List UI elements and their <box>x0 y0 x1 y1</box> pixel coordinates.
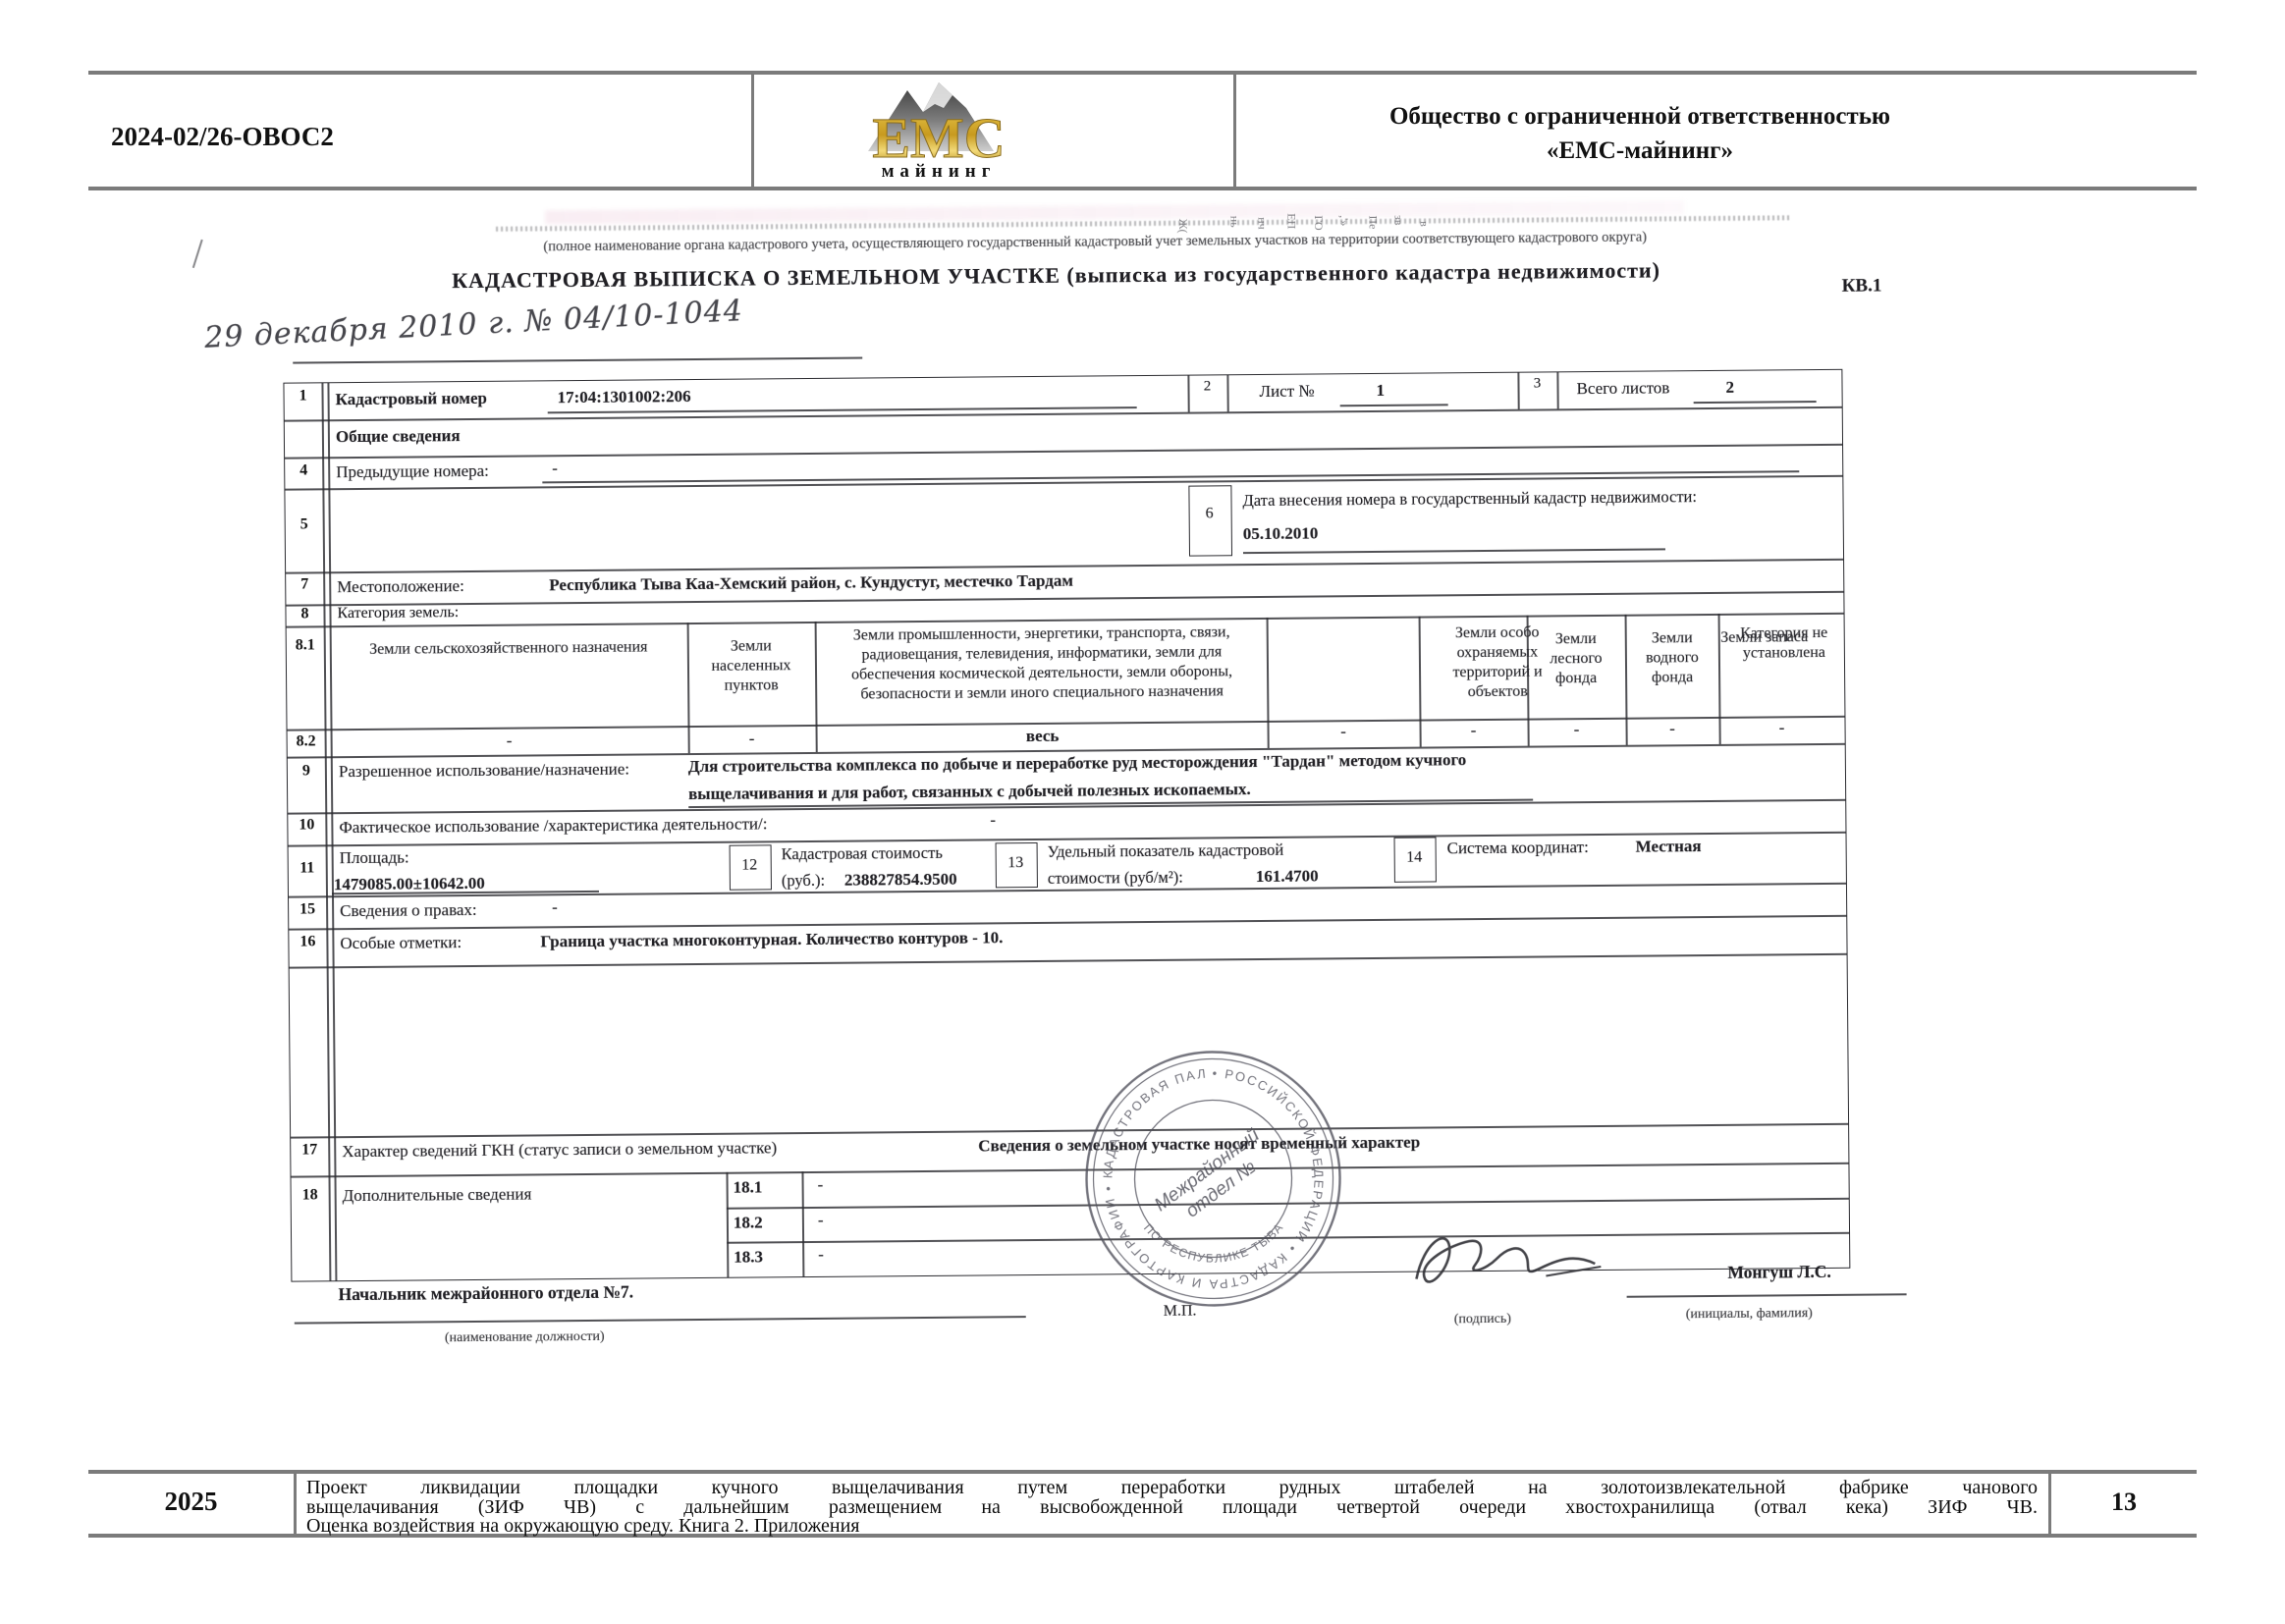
org-name-caption: (полное наименование органа кадастрового… <box>408 228 1782 256</box>
stamp-inner-ring-text: ПО РЕСПУБЛИКЕ ТЫВА <box>1141 1219 1286 1266</box>
sheet-label: Лист № <box>1259 382 1314 402</box>
signature-caption: (подпись) <box>1454 1312 1511 1328</box>
coord-system-label: Система координат: <box>1447 838 1589 858</box>
land-category-label: Категория земель: <box>337 604 459 623</box>
edge-mark: Ж( <box>1175 219 1190 234</box>
grid-line <box>289 915 1846 930</box>
previous-numbers-label: Предыдущие номера: <box>336 461 489 482</box>
category-col-water: Земли водного фонда <box>1628 628 1717 688</box>
sheet-value: 1 <box>1376 381 1385 401</box>
actual-use-label: Фактическое использование /характеристик… <box>339 814 767 838</box>
form-code: КВ.1 <box>1842 275 1882 297</box>
permitted-use-value-line2: выщелачивания и для работ, связанных с д… <box>688 780 1251 804</box>
subrow-number: 18.2 <box>734 1213 763 1232</box>
subrow-number: 18.3 <box>734 1247 763 1267</box>
row-number: 8.1 <box>287 636 324 654</box>
subrow-value: - <box>817 1175 823 1195</box>
permitted-use-label: Разрешенное использование/назначение: <box>339 760 629 783</box>
row-number: 8 <box>286 605 323 623</box>
special-notes-label: Особые отметки: <box>340 933 462 953</box>
official-position: Начальник межрайонного отдела №7. <box>338 1282 633 1306</box>
common-info-label: Общие сведения <box>336 426 461 447</box>
footer-divider-left <box>294 1472 297 1536</box>
category-value: - <box>692 729 812 749</box>
row-number: 8.2 <box>288 732 325 750</box>
category-value: - <box>335 730 684 752</box>
category-value: - <box>1271 722 1415 742</box>
total-sheets-label: Всего листов <box>1576 378 1669 399</box>
unit-cost-label: Удельный показатель кадастровой <box>1048 840 1284 862</box>
additional-info-label: Дополнительные сведения <box>343 1184 532 1206</box>
row-number: 17 <box>291 1141 328 1159</box>
value-underline <box>1243 548 1665 553</box>
subrow-value: - <box>818 1211 824 1230</box>
grid-line <box>1226 375 1228 411</box>
grid-line <box>801 1171 803 1276</box>
edge-mark: нч <box>1255 217 1270 230</box>
cadastral-table: 1 4 5 7 8 8.1 8.2 9 10 11 15 16 17 18 Ка… <box>283 369 1850 1282</box>
grid-line <box>726 1172 728 1277</box>
category-value-selected: весь <box>822 725 1264 748</box>
value-underline <box>548 406 1137 413</box>
handwritten-number: 29 декабря 2010 г. № 04/10-1044 <box>203 294 743 355</box>
cadastral-number-label: Кадастровый номер <box>336 389 488 409</box>
grid-line <box>286 591 1843 606</box>
row-number: 15 <box>289 900 326 918</box>
report-page: 2024-02/26-ОВОС2 ЕМС майнинг Общество с … <box>0 0 2285 1624</box>
subrow-number: 18.1 <box>734 1177 763 1197</box>
category-value: - <box>1629 719 1714 739</box>
previous-numbers-value: - <box>552 459 558 478</box>
box-number: 14 <box>1394 848 1435 866</box>
grid-line <box>815 622 818 752</box>
category-col-settlements: Земли населенных пунктов <box>691 636 812 696</box>
name-underline <box>1627 1293 1907 1297</box>
value-underline <box>1340 404 1448 406</box>
rights-label: Сведения о правах: <box>340 900 477 921</box>
signoff-underline <box>295 1316 1026 1324</box>
category-col-agriculture: Земли сельскохозяйственного назначения <box>334 637 683 660</box>
position-caption: (наименование должности) <box>445 1329 605 1346</box>
edge-mark: в <box>1416 221 1431 227</box>
edge-mark: Пе <box>1365 215 1380 229</box>
grid-line <box>290 953 1847 968</box>
category-value: - <box>1423 721 1523 741</box>
date-entered-label: Дата внесения номера в государственный к… <box>1242 487 1697 511</box>
box-number: 6 <box>1189 505 1230 522</box>
box-number: 13 <box>996 854 1036 872</box>
subrow-value: - <box>818 1245 824 1265</box>
area-label: Площадь: <box>340 848 409 869</box>
row-number: 1 <box>284 387 321 405</box>
box-number: 12 <box>730 856 770 874</box>
location-label: Местоположение: <box>337 576 464 597</box>
handwriting-underline <box>293 357 862 364</box>
row-number: 4 <box>285 461 322 479</box>
extract-title: КАДАСТРОВАЯ ВЫПИСКА О ЗЕМЕЛЬНОМ УЧАСТКЕ … <box>309 256 1802 295</box>
category-value: - <box>1722 718 1840 738</box>
permitted-use-value-line1: Для строительства комплекса по добыче и … <box>688 750 1467 777</box>
category-col-not-set: Категория не установлена <box>1726 623 1842 664</box>
edge-mark: нь <box>1226 216 1241 228</box>
category-col-industry: Земли промышленности, энергетики, трансп… <box>821 623 1264 705</box>
round-stamp: • РОССИЙСКОЙ ФЕДЕРАЦИИ • КАДАСТРА И КАРТ… <box>1069 1035 1357 1323</box>
edge-mark: зв <box>1391 215 1406 226</box>
grid-line <box>687 623 690 753</box>
cadastral-cost-label2: (руб.): <box>782 871 825 891</box>
cadastral-cost-value: 238827854.9500 <box>844 870 957 891</box>
cadastral-cost-label: Кадастровая стоимость <box>782 843 943 864</box>
unit-cost-label2: стоимости (руб/м²): <box>1048 868 1183 889</box>
value-underline <box>1694 401 1817 404</box>
edge-mark: ГО <box>1311 215 1326 230</box>
scanned-cadastral-extract: Ж( нь нч ЕП ГО ,'» Пе зв в (полное наиме… <box>171 130 1898 1431</box>
footer-line1: Проект ликвидации площадки кучного выщел… <box>306 1479 2038 1498</box>
date-entered-value: 05.10.2010 <box>1243 523 1319 544</box>
header-top-rule <box>88 71 2197 75</box>
grid-line <box>1419 617 1422 747</box>
category-col-forest: Земли лесного фонда <box>1530 629 1623 689</box>
svg-text:ПО РЕСПУБЛИКЕ ТЫВА: ПО РЕСПУБЛИКЕ ТЫВА <box>1141 1219 1286 1266</box>
footer-top-rule <box>88 1470 2197 1474</box>
pen-mark-artifact <box>192 240 203 268</box>
edge-mark: ,'» <box>1336 215 1351 226</box>
gkn-status-label: Характер сведений ГКН (статус записи о з… <box>342 1138 777 1162</box>
row-number: 10 <box>288 816 325 834</box>
rights-value: - <box>552 897 558 917</box>
actual-use-value: - <box>990 810 996 830</box>
row-number: 5 <box>286 515 323 533</box>
box-number: 2 <box>1187 378 1226 395</box>
special-notes-value: Граница участка многоконтурная. Количест… <box>540 928 1003 951</box>
signature <box>1398 1213 1605 1313</box>
grid-line <box>1556 372 1558 408</box>
coord-system-value: Местная <box>1636 837 1702 857</box>
edge-mark: ЕП <box>1283 213 1298 229</box>
row-number: 9 <box>288 762 325 780</box>
row-number: 18 <box>292 1186 329 1204</box>
footer-line3: Оценка воздействия на окружающую среду. … <box>306 1517 2038 1537</box>
footer-year: 2025 <box>88 1487 294 1517</box>
footer-page-number: 13 <box>2051 1488 2197 1517</box>
category-value: - <box>1531 720 1621 740</box>
official-name: Монгуш Л.С. <box>1727 1262 1831 1283</box>
company-line1: Общество с ограниченной ответственностью <box>1277 99 2003 134</box>
total-sheets-value: 2 <box>1725 378 1734 398</box>
edge-marks-artifact: Ж( нь нч ЕП ГО ,'» Пе зв в <box>171 130 1887 144</box>
grid-line <box>1267 618 1270 748</box>
name-caption: (инициалы, фамилия) <box>1686 1306 1813 1323</box>
cadastral-number-value: 17:04:1301002:206 <box>557 387 690 407</box>
location-value: Республика Тыва Каа-Хемский район, с. Ку… <box>549 571 1073 596</box>
row-number: 11 <box>289 859 326 877</box>
grid-line <box>288 799 1845 814</box>
box-number: 3 <box>1517 375 1556 392</box>
footer-project-description: Проект ликвидации площадки кучного выщел… <box>306 1479 2038 1537</box>
row-number: 7 <box>286 575 323 593</box>
grid-line <box>285 444 1842 459</box>
unit-cost-value: 161.4700 <box>1256 866 1319 887</box>
row-number: 16 <box>289 933 326 950</box>
